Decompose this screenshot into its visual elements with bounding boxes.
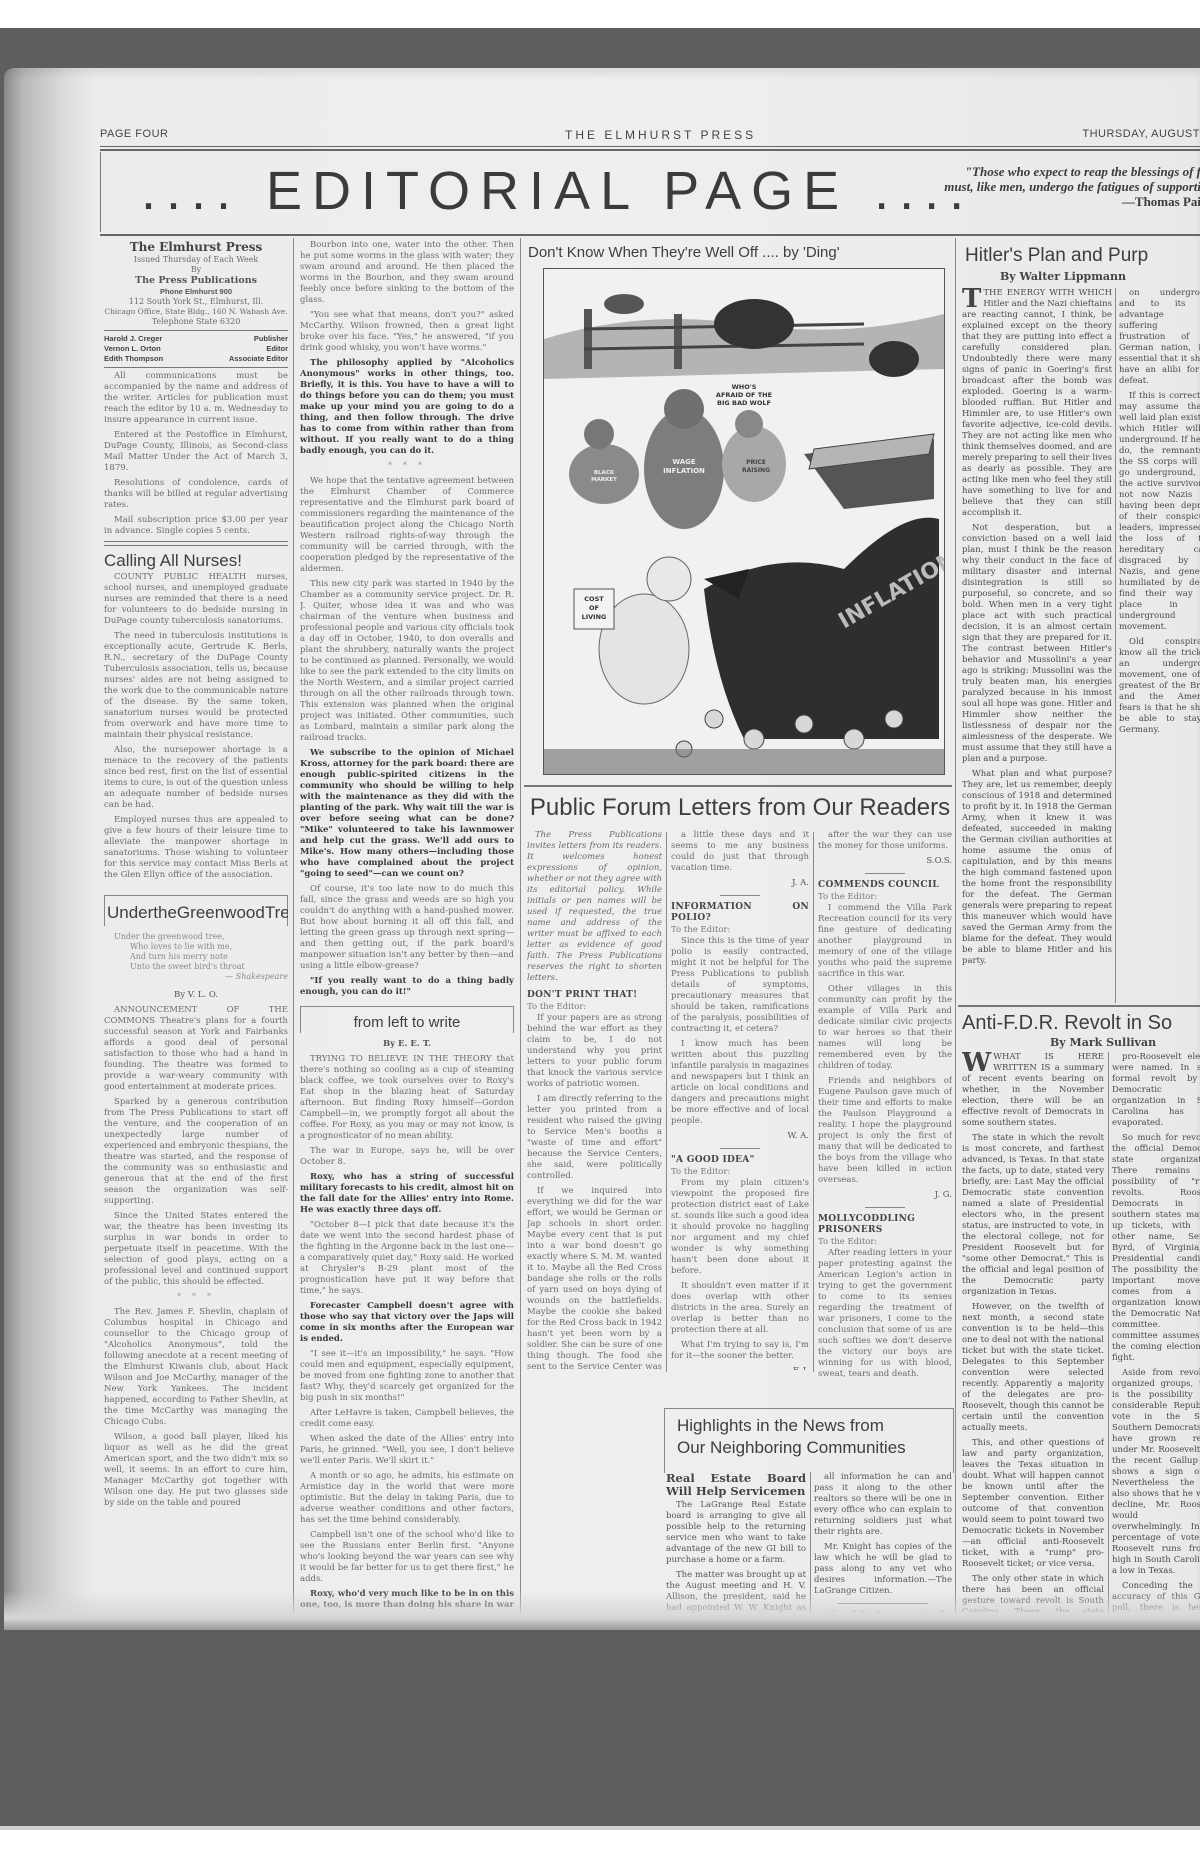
svg-text:OF: OF <box>589 604 599 612</box>
svg-text:INFLATION: INFLATION <box>663 467 705 475</box>
letter-paragraph: I am directly referring to the letter yo… <box>527 1094 662 1182</box>
staff-row: Edith ThompsonAssociate Editor <box>104 354 288 364</box>
staff-row: Harold J. CregerPublisher <box>104 334 288 344</box>
nameplate-note: All communications must be accompanied b… <box>104 371 288 426</box>
byline-anti-fdr: By Mark Sullivan <box>1050 1036 1200 1049</box>
scan-border <box>0 1826 1200 1830</box>
svg-text:BLACK: BLACK <box>594 470 615 476</box>
letter-salutation: To the Editor: <box>818 1237 952 1248</box>
article-greenwood: ANNOUNCEMENT OF THE COMMONS Theatre's pl… <box>104 1005 288 1509</box>
cartoon-title: Don't Know When They're Well Off .... by… <box>528 244 948 261</box>
forum-top-rule <box>524 785 952 787</box>
letter-heading: DON'T PRINT THAT! <box>527 990 662 1001</box>
article-left-to-write: TRYING TO BELIEVE IN THE THEORY that the… <box>300 1054 514 1610</box>
paper-name: THE ELMHURST PRESS <box>565 128 756 142</box>
nameplate-phone: Phone Elmhurst 900 <box>104 287 288 297</box>
letter-paragraph: after the war they can use the money for… <box>818 830 952 852</box>
byline-hitler: By Walter Lippmann <box>1000 270 1200 283</box>
article-nurses: COUNTY PUBLIC HEALTH nurses, school nurs… <box>104 572 288 881</box>
nameplate-issued: Issued Thursday of Each Week <box>104 255 288 265</box>
section-rule <box>958 1005 1200 1007</box>
hitler-column-1: TTHE ENERGY WITH WHICH Hitler and the Na… <box>962 288 1112 1003</box>
headline-anti-fdr: Anti-F.D.R. Revolt in So <box>962 1010 1200 1036</box>
left-to-write-box: from left to write <box>300 1006 514 1033</box>
letter-paragraph: It shouldn't even matter if it does over… <box>671 1281 809 1336</box>
letter-salutation: To the Editor: <box>671 1167 809 1178</box>
page-bottom-edge <box>4 1590 1200 1630</box>
quote-attribution: —Thomas Pai <box>931 194 1200 209</box>
quote-line: must, like men, undergo the fatigues of … <box>931 179 1200 194</box>
masthead-rule <box>100 234 1200 236</box>
nameplate-note: Resolutions of condolence, cards of than… <box>104 478 288 511</box>
masthead-quote: "Those who expect to reap the blessings … <box>931 164 1200 209</box>
headline-hitler: Hitler's Plan and Purp <box>965 244 1200 268</box>
column-divider <box>955 238 956 1613</box>
greenwood-header-box: UndertheGreenwoodTree <box>104 895 288 926</box>
letter-heading: COMMENDS COUNCIL <box>818 880 952 891</box>
letter-signature: J. A. <box>671 878 809 889</box>
editorial-masthead: .... EDITORIAL PAGE .... "Those who expe… <box>100 152 1200 232</box>
forum-column-3: after the war they can use the money for… <box>818 830 952 1378</box>
page-title: .... EDITORIAL PAGE .... <box>141 160 974 222</box>
headline-highlights: Our Neighboring Communities <box>665 1437 953 1459</box>
column-divider <box>293 238 294 1613</box>
nameplate-note: Entered at the Postoffice in Elmhurst, D… <box>104 430 288 474</box>
column-divider <box>1108 1052 1109 1612</box>
letter-paragraph: From my plain citizen's viewpoint the pr… <box>671 1178 809 1277</box>
hitler-column-2: on underground, and to its own advantage… <box>1119 288 1200 1003</box>
column-divider <box>520 238 521 1613</box>
column-2: Bourbon into one, water into the other. … <box>300 240 514 1610</box>
running-head: PAGE FOUR THE ELMHURST PRESS THURSDAY, A… <box>100 128 1200 146</box>
svg-text:AFRAID OF THE: AFRAID OF THE <box>716 391 772 399</box>
letter-paragraph: Since this is the time of year polio is … <box>671 936 809 1035</box>
header-rule <box>100 149 1200 151</box>
nameplate-chicago-office: Chicago Office, State Bldg., 160 N. Waba… <box>104 307 288 317</box>
letter-heading: MOLLYCODDLING PRISONERS <box>818 1214 952 1236</box>
headline-public-forum: Public Forum Letters from Our Readers <box>528 792 952 824</box>
letter-salutation: To the Editor: <box>818 892 952 903</box>
headline-left-to-write: from left to write <box>303 1013 511 1033</box>
letter-signature: J. G. <box>818 1190 952 1201</box>
nameplate-note: Mail subscription price $3.00 per year i… <box>104 515 288 537</box>
nameplate: The Elmhurst Press Issued Thursday of Ea… <box>104 240 288 546</box>
letter-divider <box>865 873 905 874</box>
forum-letters: after the war they can use the money for… <box>818 830 952 1378</box>
letter-paragraph: After reading letters in your paper prot… <box>818 1248 952 1378</box>
issue-date: THURSDAY, AUGUST <box>1082 128 1200 140</box>
forum-column-2: a little these days and it seems to me a… <box>671 830 809 1370</box>
highlights-story-head: Real Estate Board Will Help Servicemen <box>666 1472 806 1498</box>
svg-text:MARKET: MARKET <box>591 477 617 483</box>
nameplate-publisher: The Press Publications <box>104 275 288 287</box>
page-number: PAGE FOUR <box>100 128 168 140</box>
column-divider <box>813 832 814 1372</box>
byline-left-to-write: By E. E. T. <box>300 1039 514 1050</box>
byline-greenwood: By V. L. O. <box>104 990 288 1001</box>
letter-salutation: To the Editor: <box>671 925 809 936</box>
svg-text:BIG BAD WOLF: BIG BAD WOLF <box>717 399 771 407</box>
svg-text:COST: COST <box>584 595 604 603</box>
headline-highlights: Highlights in the News from <box>665 1409 953 1437</box>
letter-paragraph: Other villages in this community can pro… <box>818 984 952 1072</box>
letter-paragraph: I know much has been written about this … <box>671 1039 809 1127</box>
forum-intro: The Press Publications invites letters f… <box>527 830 662 984</box>
column-divider <box>1115 288 1116 1003</box>
svg-text:WAGE: WAGE <box>672 458 696 466</box>
article-editorial-continued: Bourbon into one, water into the other. … <box>300 240 514 998</box>
letter-divider <box>720 895 760 896</box>
letter-paragraph: What I'm trying to say is, I'm for it—th… <box>671 1340 809 1362</box>
column-divider <box>666 832 667 1372</box>
letter-signature: S.O.S. <box>818 856 952 867</box>
letter-signature: F. I. <box>671 1366 809 1370</box>
nameplate-telephone: Telephone State 6320 <box>104 317 288 327</box>
forum-column-1: The Press Publications invites letters f… <box>527 830 662 1370</box>
quote-line: "Those who expect to reap the blessings … <box>931 164 1200 179</box>
headline-nurses: Calling All Nurses! <box>104 550 288 572</box>
nameplate-address: 112 South York St., Elmhurst, Ill. <box>104 297 288 307</box>
nameplate-by: By <box>104 265 288 275</box>
greenwood-poem: Under the greenwood tree, Who loves to l… <box>114 932 288 982</box>
highlights-header-box: Highlights in the News from Our Neighbor… <box>664 1408 954 1473</box>
letter-paragraph: I commend the Villa Park Recreation coun… <box>818 903 952 980</box>
header-rule <box>100 146 1200 147</box>
svg-text:WHO'S: WHO'S <box>732 383 757 391</box>
editorial-cartoon: WAGE INFLATION PRICE RAISING BLACK MARKE… <box>543 268 945 775</box>
cartoon-illustration-icon: WAGE INFLATION PRICE RAISING BLACK MARKE… <box>544 269 944 774</box>
headline-greenwood: UndertheGreenwoodTree <box>107 902 285 924</box>
svg-text:LIVING: LIVING <box>582 613 607 621</box>
letter-paragraph: a little these days and it seems to me a… <box>671 830 809 874</box>
anti-fdr-column-1: WWHAT IS HERE WRITTEN IS a summary of re… <box>962 1052 1104 1612</box>
letter-divider <box>865 1207 905 1208</box>
staff-row: Vernon L. OrtonEditor <box>104 344 288 354</box>
svg-text:PRICE: PRICE <box>746 459 766 466</box>
forum-letters: DON'T PRINT THAT!To the Editor:If your p… <box>527 990 662 1370</box>
forum-letters: a little these days and it seems to me a… <box>671 830 809 1370</box>
letter-heading: "A GOOD IDEA" <box>671 1155 809 1166</box>
letter-divider <box>720 1148 760 1149</box>
svg-text:RAISING: RAISING <box>742 467 770 474</box>
letter-paragraph: Friends and neighbors of Eugene Paulson … <box>818 1076 952 1186</box>
column-1: The Elmhurst Press Issued Thursday of Ea… <box>104 240 288 1610</box>
letter-signature: W. A. <box>671 1131 809 1142</box>
letter-paragraph: If your papers are as strong behind the … <box>527 1013 662 1090</box>
letter-heading: INFORMATION ON POLIO? <box>671 902 809 924</box>
letter-paragraph: If we inquired into everything we did fo… <box>527 1186 662 1370</box>
letter-salutation: To the Editor: <box>527 1002 662 1013</box>
anti-fdr-column-2: pro-Roosevelt electors were named. In sh… <box>1112 1052 1200 1612</box>
nameplate-name: The Elmhurst Press <box>104 240 288 255</box>
